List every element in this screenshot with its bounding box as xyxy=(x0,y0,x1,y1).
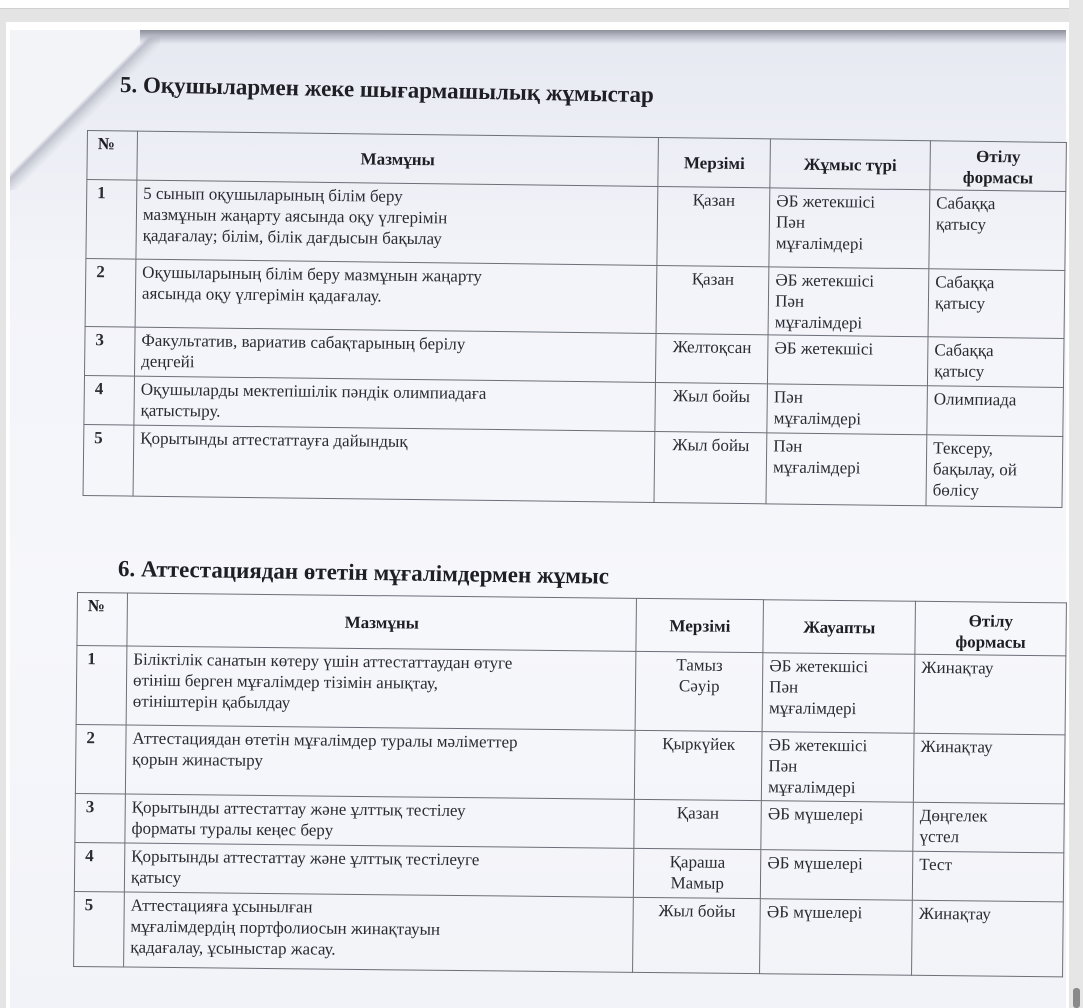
row-work-type: ӘБ жетекшісі Пән мұғалімдері xyxy=(768,267,929,337)
row-number: 2 xyxy=(85,258,136,327)
header-work-type: Жұмыс түрі xyxy=(770,139,930,190)
table-row: 1 5 сынып оқушыларының білім беру мазмұн… xyxy=(86,180,1066,271)
header-number: № xyxy=(77,593,128,647)
row-deadline: Тамыз Сәуір xyxy=(635,651,763,731)
row-content: Қорытынды аттестаттау және ұлттық тестіл… xyxy=(125,794,635,848)
header-deadline: Мерзімі xyxy=(658,137,771,187)
row-deadline: Қараша Мамыр xyxy=(634,848,761,898)
row-responsible: ӘБ мүшелері xyxy=(760,899,913,976)
row-number: 3 xyxy=(85,326,136,376)
row-deadline: Желтоқсан xyxy=(656,333,769,383)
row-number: 1 xyxy=(76,646,127,726)
row-content: Оқушыларды мектепішілік пәндік олимпиада… xyxy=(134,376,656,431)
vertical-scrollbar[interactable] xyxy=(1069,0,1083,1008)
header-number: № xyxy=(87,131,138,181)
row-form: Тест xyxy=(912,851,1063,902)
row-form: Сабаққа қатысу xyxy=(929,190,1066,271)
table-row: 5 Аттестацияға ұсынылған мұғалімдердің п… xyxy=(74,891,1064,976)
row-number: 3 xyxy=(75,793,125,843)
row-deadline: Қыркүйек xyxy=(635,730,763,800)
row-content: 5 сынып оқушыларының білім беру мазмұнын… xyxy=(136,180,658,265)
header-form: Өтілу формасы xyxy=(915,601,1066,656)
row-content: Қорытынды аттестаттауға дайындық xyxy=(133,425,655,502)
row-form: Олимпиада xyxy=(927,386,1064,437)
individual-work-table: № Мазмұны Мерзімі Жұмыс түрі Өтілу форма… xyxy=(83,130,1067,508)
row-number: 4 xyxy=(74,842,124,892)
table-row: 2 Аттестациядан өтетін мұғалімдер туралы… xyxy=(75,724,1065,803)
row-responsible: ӘБ мүшелері xyxy=(761,850,913,901)
row-deadline: Қазан xyxy=(634,799,761,849)
row-responsible: ӘБ жетекшісі Пән мұғалімдері xyxy=(762,732,915,803)
table-row: 5 Қорытынды аттестаттауға дайындық Жыл б… xyxy=(83,424,1063,507)
row-content: Аттестацияға ұсынылған мұғалімдердің пор… xyxy=(124,892,634,972)
row-content: Біліктілік санатын көтеру үшін аттестатт… xyxy=(126,646,636,730)
row-work-type: ӘБ жетекшісі Пән мұғалімдері xyxy=(769,188,930,269)
header-content: Мазмұны xyxy=(137,131,659,186)
row-form: Дөңгелек үстел xyxy=(913,802,1064,853)
row-number: 1 xyxy=(86,180,137,260)
row-deadline: Қазан xyxy=(656,265,769,334)
scan-edge-shadow xyxy=(140,30,1066,44)
row-number: 2 xyxy=(75,724,126,794)
header-content: Мазмұны xyxy=(127,593,637,651)
row-form: Жинақтау xyxy=(913,733,1065,804)
row-form: Жинақтау xyxy=(914,654,1066,735)
row-responsible: ӘБ мүшелері xyxy=(761,801,913,852)
row-content: Қорытынды аттестаттау және ұлттық тестіл… xyxy=(124,843,634,897)
row-number: 5 xyxy=(74,891,125,967)
row-work-type: Пән мұғалімдері xyxy=(766,433,927,506)
row-form: Жинақтау xyxy=(912,900,1064,977)
row-deadline: Жыл бойы xyxy=(654,431,767,503)
row-content: Факультатив, вариатив сабақтарының беріл… xyxy=(134,327,656,382)
table-row: 1 Біліктілік санатын көтеру үшін аттеста… xyxy=(76,646,1066,735)
row-work-type: Пән мұғалімдері xyxy=(767,384,927,435)
row-form: Сабаққа қатысу xyxy=(928,269,1065,339)
row-deadline: Жыл бойы xyxy=(633,897,761,973)
row-number: 5 xyxy=(83,424,134,496)
row-content: Аттестациядан өтетін мұғалімдер туралы м… xyxy=(125,725,635,799)
header-form: Өтілу формасы xyxy=(930,141,1067,192)
row-number: 4 xyxy=(84,375,135,425)
row-content: Оқушыларының білім беру мазмұнын жаңарту… xyxy=(135,259,657,333)
row-work-type: ӘБ жетекшісі xyxy=(768,335,928,386)
header-responsible: Жауапты xyxy=(763,600,915,655)
table-row: 2 Оқушыларының білім беру мазмұнын жаңар… xyxy=(85,258,1065,338)
previous-page-edge xyxy=(0,0,1070,9)
row-responsible: ӘБ жетекшісі Пән мұғалімдері xyxy=(762,653,915,734)
header-deadline: Мерзімі xyxy=(636,598,763,652)
row-deadline: Жыл бойы xyxy=(655,382,768,432)
attestation-work-table: № Мазмұны Мерзімі Жауапты Өтілу формасы … xyxy=(73,592,1067,977)
row-deadline: Қазан xyxy=(657,186,770,266)
row-form: Тексеру, бақылау, ой бөлісу xyxy=(926,435,1063,508)
row-form: Сабаққа қатысу xyxy=(927,337,1064,388)
scrollbar-thumb[interactable] xyxy=(1073,988,1080,1008)
